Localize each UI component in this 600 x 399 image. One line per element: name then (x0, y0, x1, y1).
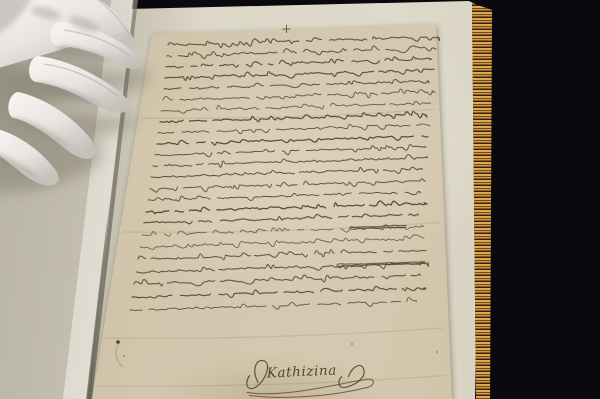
photo-of-manuscript-in-album: + Kathizina (0, 0, 600, 399)
gloved-hand (0, 0, 600, 399)
